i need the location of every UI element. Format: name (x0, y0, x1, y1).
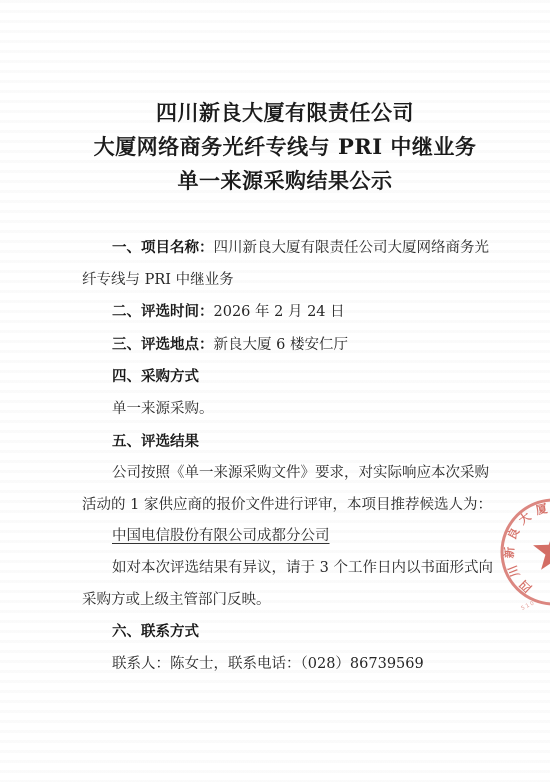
document-title: 四川新良大厦有限责任公司 大厦网络商务光纤专线与 PRI 中继业务 单一来源采购… (82, 96, 488, 198)
line-text: 公司按照《单一来源采购文件》要求，对实际响应本次采购 (112, 465, 489, 481)
seal-serial-number: 510 (520, 600, 536, 612)
section-label: 三、评选地点： (112, 336, 214, 353)
doc-line-1: 一、项目名称：四川新良大厦有限责任公司大厦网络商务光 (82, 232, 488, 265)
line-text: 四川新良大厦有限责任公司大厦网络商务光 (214, 240, 490, 256)
company-seal-stamp: 四川新良大厦有限责任公司 510 (484, 482, 550, 622)
doc-line-11: 如对本次评选结果有异议，请于 3 个工作日内以书面形式向 (82, 553, 488, 585)
doc-line-8: 公司按照《单一来源采购文件》要求，对实际响应本次采购 (82, 458, 488, 490)
doc-line-4: 三、评选地点：新良大厦 6 楼安仁厅 (82, 329, 488, 362)
section-label: 六、联系方式 (112, 623, 199, 640)
announcement-document: 四川新良大厦有限责任公司 大厦网络商务光纤专线与 PRI 中继业务 单一来源采购… (82, 96, 488, 680)
line-text: 如对本次评选结果有异议，请于 3 个工作日内以书面形式向 (112, 560, 493, 576)
winning-supplier-name: 中国电信股份有限公司成都分公司 (112, 528, 330, 544)
doc-line-9: 活动的 1 家供应商的报价文件进行评审，本项目推荐候选人为： (82, 490, 488, 522)
line-text: 新良大厦 6 楼安仁厅 (214, 337, 348, 353)
title-line-2: 大厦网络商务光纤专线与 PRI 中继业务 (82, 130, 488, 164)
title-line-3: 单一来源采购结果公示 (82, 164, 488, 198)
section-label: 一、项目名称： (112, 239, 214, 256)
line-text: 纤专线与 PRI 中继业务 (82, 272, 234, 288)
section-label: 五、评选结果 (112, 433, 199, 450)
document-body: 一、项目名称：四川新良大厦有限责任公司大厦网络商务光纤专线与 PRI 中继业务二… (82, 232, 488, 680)
line-text: 采购方或上级主管部门反映。 (82, 592, 271, 608)
section-label: 四、采购方式 (112, 368, 199, 385)
doc-line-7: 五、评选结果 (82, 426, 488, 459)
title-line-1: 四川新良大厦有限责任公司 (82, 96, 488, 130)
doc-line-3: 二、评选时间：2026 年 2 月 24 日 (82, 296, 488, 329)
seal-star-icon (533, 530, 550, 570)
doc-line-6: 单一来源采购。 (82, 394, 488, 426)
doc-line-10: 中国电信股份有限公司成都分公司 (82, 521, 488, 553)
doc-line-13: 六、联系方式 (82, 616, 488, 649)
doc-line-2: 纤专线与 PRI 中继业务 (82, 265, 488, 297)
section-label: 二、评选时间： (112, 303, 214, 320)
doc-line-12: 采购方或上级主管部门反映。 (82, 585, 488, 617)
line-text: 联系人：陈女士，联系电话：（028）86739569 (112, 656, 424, 672)
doc-line-14: 联系人：陈女士，联系电话：（028）86739569 (82, 649, 488, 681)
line-text: 活动的 1 家供应商的报价文件进行评审，本项目推荐候选人为： (82, 497, 492, 513)
line-text: 单一来源采购。 (112, 401, 214, 417)
line-text: 2026 年 2 月 24 日 (214, 304, 345, 320)
scanned-document-page: 四川新良大厦有限责任公司 大厦网络商务光纤专线与 PRI 中继业务 单一来源采购… (0, 0, 550, 782)
doc-line-5: 四、采购方式 (82, 361, 488, 394)
